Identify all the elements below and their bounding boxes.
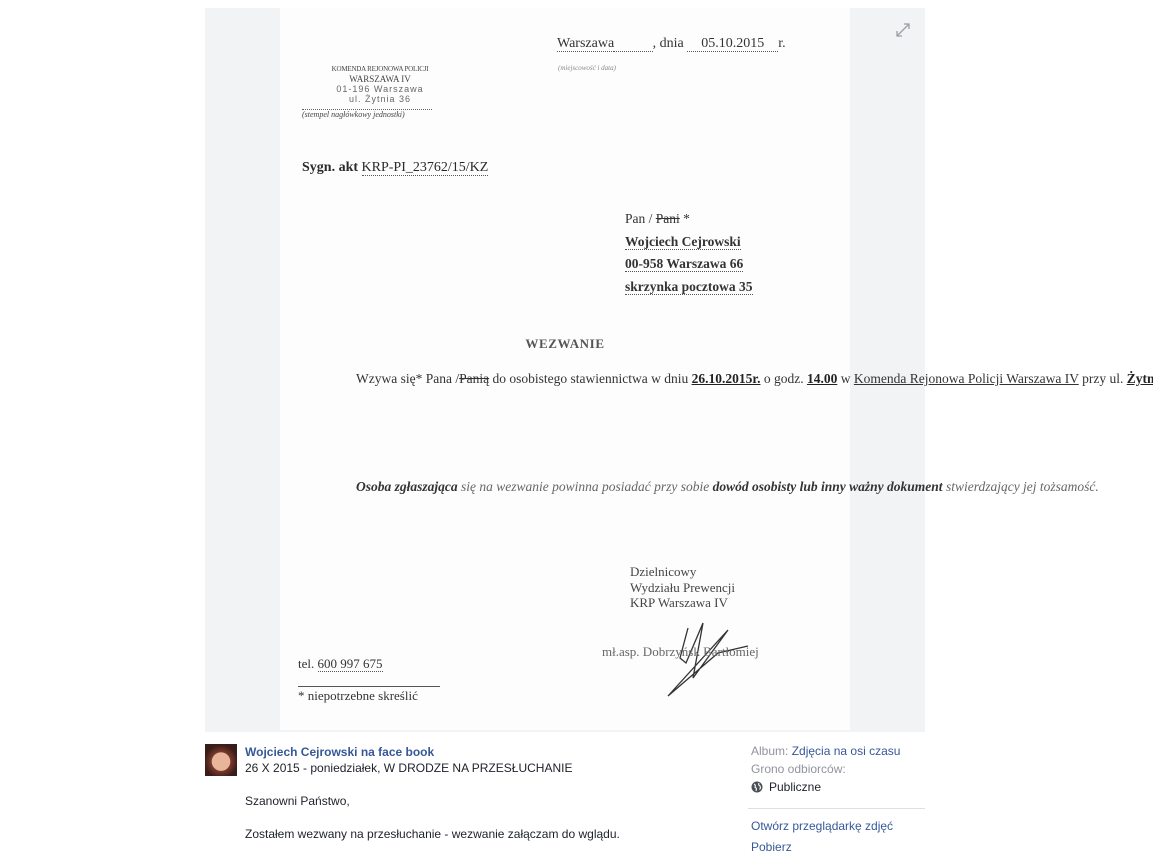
album-link[interactable]: Zdjęcia na osi czasu [792,744,901,758]
addressee-block: Pan / Pani * Wojciech Cejrowski 00-958 W… [625,208,753,298]
police-stamp: KOMENDA REJONOWA POLICJI WARSZAWA IV 01-… [320,64,440,104]
album-label: Album: [751,744,788,758]
audience-selector[interactable]: Publiczne [751,778,925,796]
photo-stage: KOMENDA REJONOWA POLICJI WARSZAWA IV 01-… [205,8,925,732]
signer-block: Dzielnicowy Wydziału Prewencji KRP Warsz… [630,564,735,611]
signer-name: mł.asp. Dobrzyńsk Bartłomiej [602,644,759,660]
expand-arrows-icon[interactable] [895,22,911,38]
photo-sidebar: Album: Zdjęcia na osi czasu Grono odbior… [751,744,925,796]
summons-body: Wzywa się* Pana /Panią do osobistego sta… [328,369,810,390]
open-photo-viewer-link[interactable]: Otwórz przeglądarkę zdjęć [751,819,893,840]
document-title: WEZWANIE [280,336,850,352]
footnote: * niepotrzebne skreślić [298,688,418,704]
post-caption: 26 X 2015 - poniedziałek, W DRODZE NA PR… [245,761,715,841]
summons-document-image: KOMENDA REJONOWA POLICJI WARSZAWA IV 01-… [280,8,850,730]
author-link[interactable]: Wojciech Cejrowski na face book [245,745,434,759]
download-link[interactable]: Pobierz [751,840,893,856]
stamp-caption: (stempel nagłówkowy jednostki) [302,110,405,119]
sidebar-divider [748,808,925,809]
globe-icon [751,781,763,793]
place-caption: (miejscowość i data) [558,64,616,72]
footnote-rule [298,686,440,687]
author-avatar[interactable] [205,744,237,776]
case-reference: Sygn. akt KRP-PI_23762/15/KZ [302,160,488,176]
phone-line: tel. 600 997 675 [298,656,383,672]
place-date: Warszawa , dnia 05.10.2015 r. [557,36,786,52]
id-notice: Osoba zgłaszająca się na wezwanie powinn… [328,478,810,496]
